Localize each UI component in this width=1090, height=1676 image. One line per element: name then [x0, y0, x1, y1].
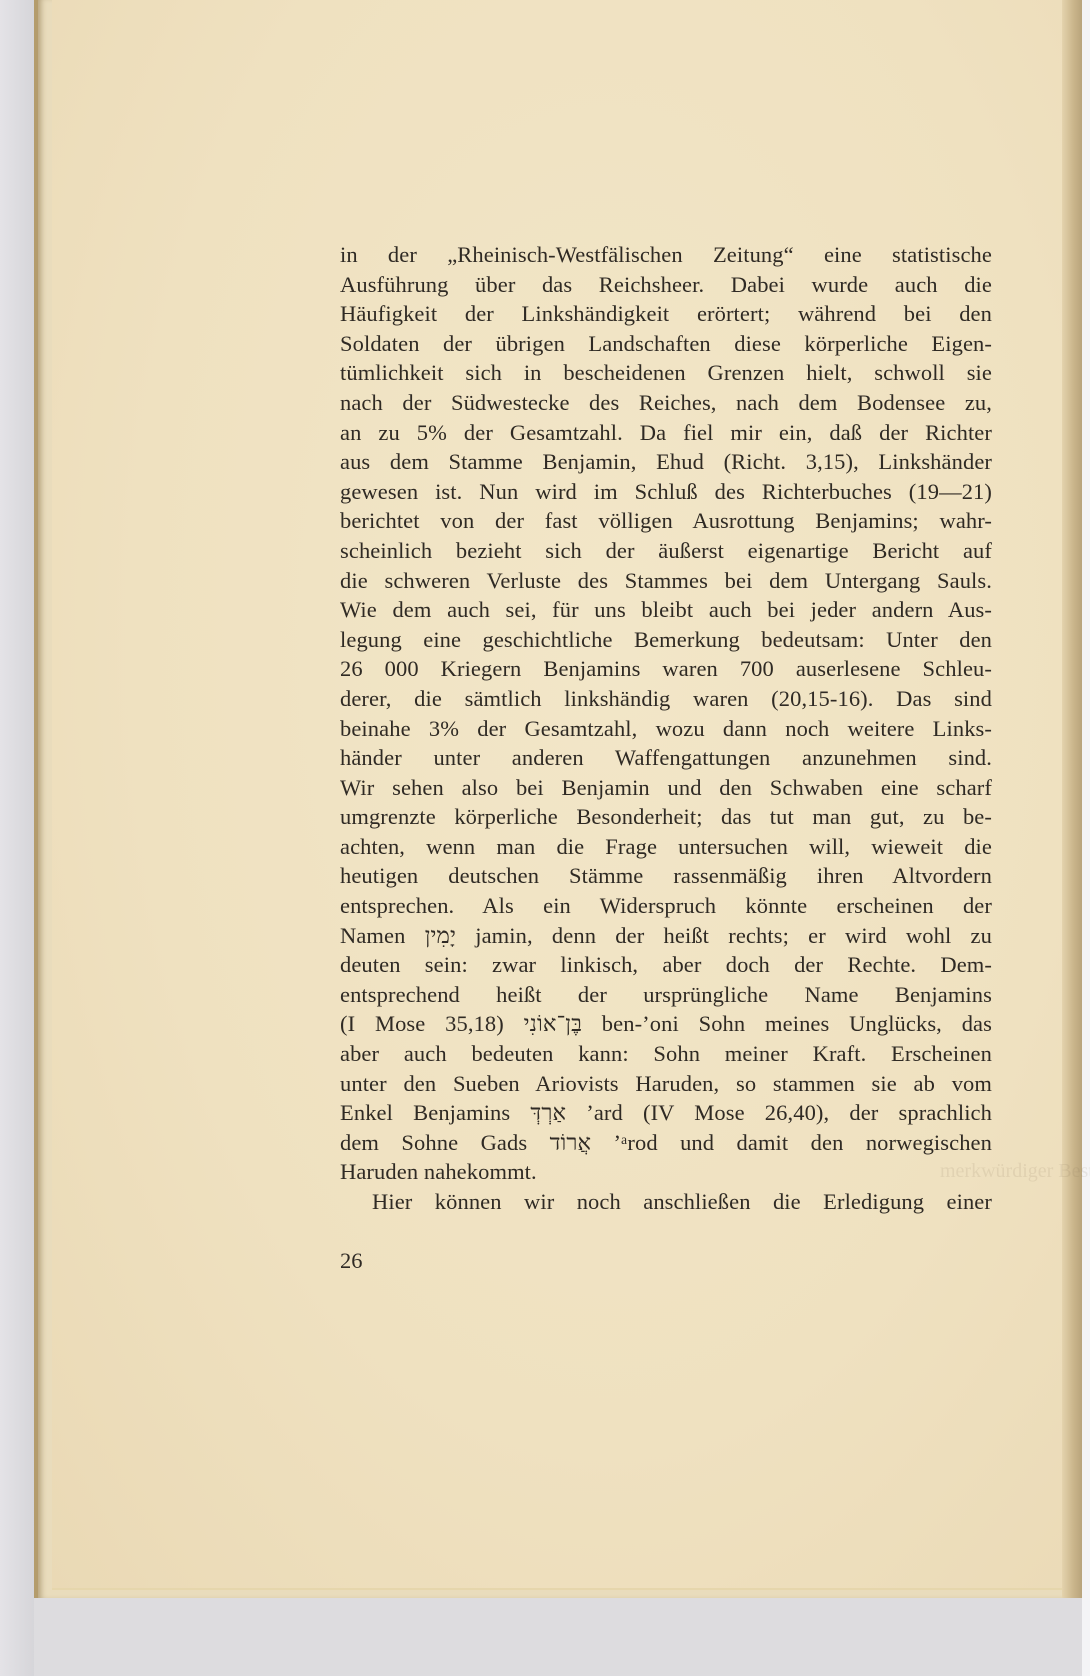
scan-background-left: [0, 0, 34, 1676]
text-line: entsprechend heißt der ursprüngliche Nam…: [340, 980, 992, 1010]
text-line: gewesen ist. Nun wird im Schluß des Rich…: [340, 477, 992, 507]
text-line: händer unter anderen Waffengattungen anz…: [340, 743, 992, 773]
text-line: Häufigkeit der Linkshändigkeit erörtert;…: [340, 299, 992, 329]
text-line: Soldaten der übrigen Landschaften diese …: [340, 329, 992, 359]
text-line: die schweren Verluste des Stammes bei de…: [340, 566, 992, 596]
text-line: beinahe 3% der Gesamtzahl, wozu dann noc…: [340, 714, 992, 744]
text-line: legung eine geschichtliche Bemerkung bed…: [340, 625, 992, 655]
text-line: heutigen deutschen Stämme rassenmäßig ih…: [340, 861, 992, 891]
text-line: Ausführung über das Reichsheer. Dabei wu…: [340, 270, 992, 300]
text-line: aus dem Stamme Benjamin, Ehud (Richt. 3,…: [340, 447, 992, 477]
body-text: in der „Rheinisch-Westfälischen Zeitung“…: [340, 240, 992, 1217]
text-line: unter den Sueben Ariovists Haruden, so s…: [340, 1069, 992, 1099]
text-line: nach der Südwestecke des Reiches, nach d…: [340, 388, 992, 418]
text-line: an zu 5% der Gesamtzahl. Da fiel mir ein…: [340, 418, 992, 448]
text-line-paragraph-end: Haruden nahekommt.: [340, 1157, 992, 1187]
text-line: achten, wenn man die Frage untersuchen w…: [340, 832, 992, 862]
text-line: (I Mose 35,18) בֶּן־אוֹנִי ben-’oni Sohn…: [340, 1009, 992, 1039]
text-line: Wir sehen also bei Benjamin und den Schw…: [340, 773, 992, 803]
text-line: entsprechen. Als ein Widerspruch könnte …: [340, 891, 992, 921]
text-line: 26 000 Kriegern Benjamins waren 700 ause…: [340, 654, 992, 684]
text-line: scheinlich bezieht sich der äußerst eige…: [340, 536, 992, 566]
page-number: 26: [340, 1248, 363, 1274]
page-right-edge: [1062, 0, 1082, 1598]
text-line: Enkel Benjamins אַרְדְּ ’ard (IV Mose 26…: [340, 1098, 992, 1128]
text-line: deuten sein: zwar linkisch, aber doch de…: [340, 950, 992, 980]
text-line: tümlichkeit sich in bescheidenen Grenzen…: [340, 358, 992, 388]
text-line: aber auch bedeuten kann: Sohn meiner Kra…: [340, 1039, 992, 1069]
text-line-paragraph-start: Hier können wir noch anschließen die Erl…: [340, 1187, 992, 1217]
text-line: berichtet von der fast völligen Ausrottu…: [340, 506, 992, 536]
text-line: Wie dem auch sei, für uns bleibt auch be…: [340, 595, 992, 625]
text-line: derer, die sämtlich linkshändig waren (2…: [340, 684, 992, 714]
text-line: in der „Rheinisch-Westfälischen Zeitung“…: [340, 240, 992, 270]
text-line: umgrenzte körperliche Besonderheit; das …: [340, 802, 992, 832]
scan-background-right: [1082, 0, 1090, 1676]
text-line: dem Sohne Gads אֲרוֹד ’ᵃrod und damit de…: [340, 1128, 992, 1158]
text-line: Namen יָמִין jamin, denn der heißt recht…: [340, 921, 992, 951]
